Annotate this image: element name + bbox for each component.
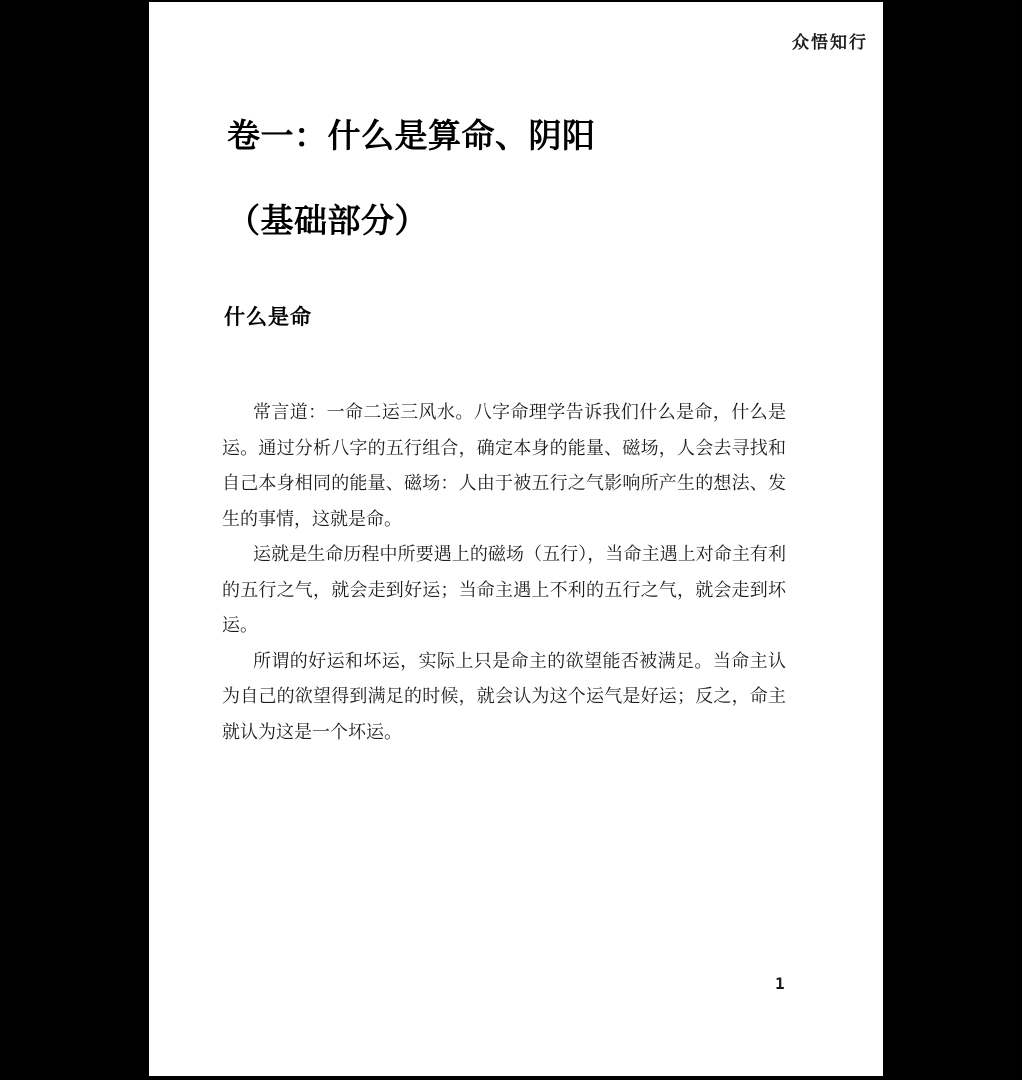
text-line: 就认为这是一个坏运。 <box>222 715 786 751</box>
text-line: 生的事情，这就是命。 <box>222 502 786 538</box>
text-line: 运。 <box>222 608 786 644</box>
paragraph-3: 所谓的好运和坏运，实际上只是命主的欲望能否被满足。当命主认 为自己的欲望得到满足… <box>222 644 786 751</box>
text-line: 运就是生命历程中所要遇上的磁场（五行），当命主遇上对命主有利 <box>222 537 786 573</box>
body-text: 常言道：一命二运三风水。八字命理学告诉我们什么是命，什么是 运。通过分析八字的五… <box>222 395 786 750</box>
text-line: 自己本身相同的能量、磁场：人由于被五行之气影响所产生的想法、发 <box>222 466 786 502</box>
text-line: 的五行之气，就会走到好运；当命主遇上不利的五行之气，就会走到坏 <box>222 573 786 609</box>
section-heading: 什么是命 <box>224 301 312 331</box>
paragraph-2: 运就是生命历程中所要遇上的磁场（五行），当命主遇上对命主有利 的五行之气，就会走… <box>222 537 786 644</box>
book-page: 众悟知行 卷一：什么是算命、阴阳 （基础部分） 什么是命 常言道：一命二运三风水… <box>149 2 883 1076</box>
text-line: 运。通过分析八字的五行组合，确定本身的能量、磁场，人会去寻找和 <box>222 431 786 467</box>
chapter-title-line-2: （基础部分） <box>227 195 428 242</box>
text-line: 常言道：一命二运三风水。八字命理学告诉我们什么是命，什么是 <box>222 395 786 431</box>
chapter-title-line-1: 卷一：什么是算命、阴阳 <box>227 110 596 157</box>
paragraph-1: 常言道：一命二运三风水。八字命理学告诉我们什么是命，什么是 运。通过分析八字的五… <box>222 395 786 537</box>
page-number: 1 <box>775 974 785 993</box>
running-header: 众悟知行 <box>792 28 868 53</box>
text-line: 为自己的欲望得到满足的时候，就会认为这个运气是好运；反之，命主 <box>222 679 786 715</box>
text-line: 所谓的好运和坏运，实际上只是命主的欲望能否被满足。当命主认 <box>222 644 786 680</box>
